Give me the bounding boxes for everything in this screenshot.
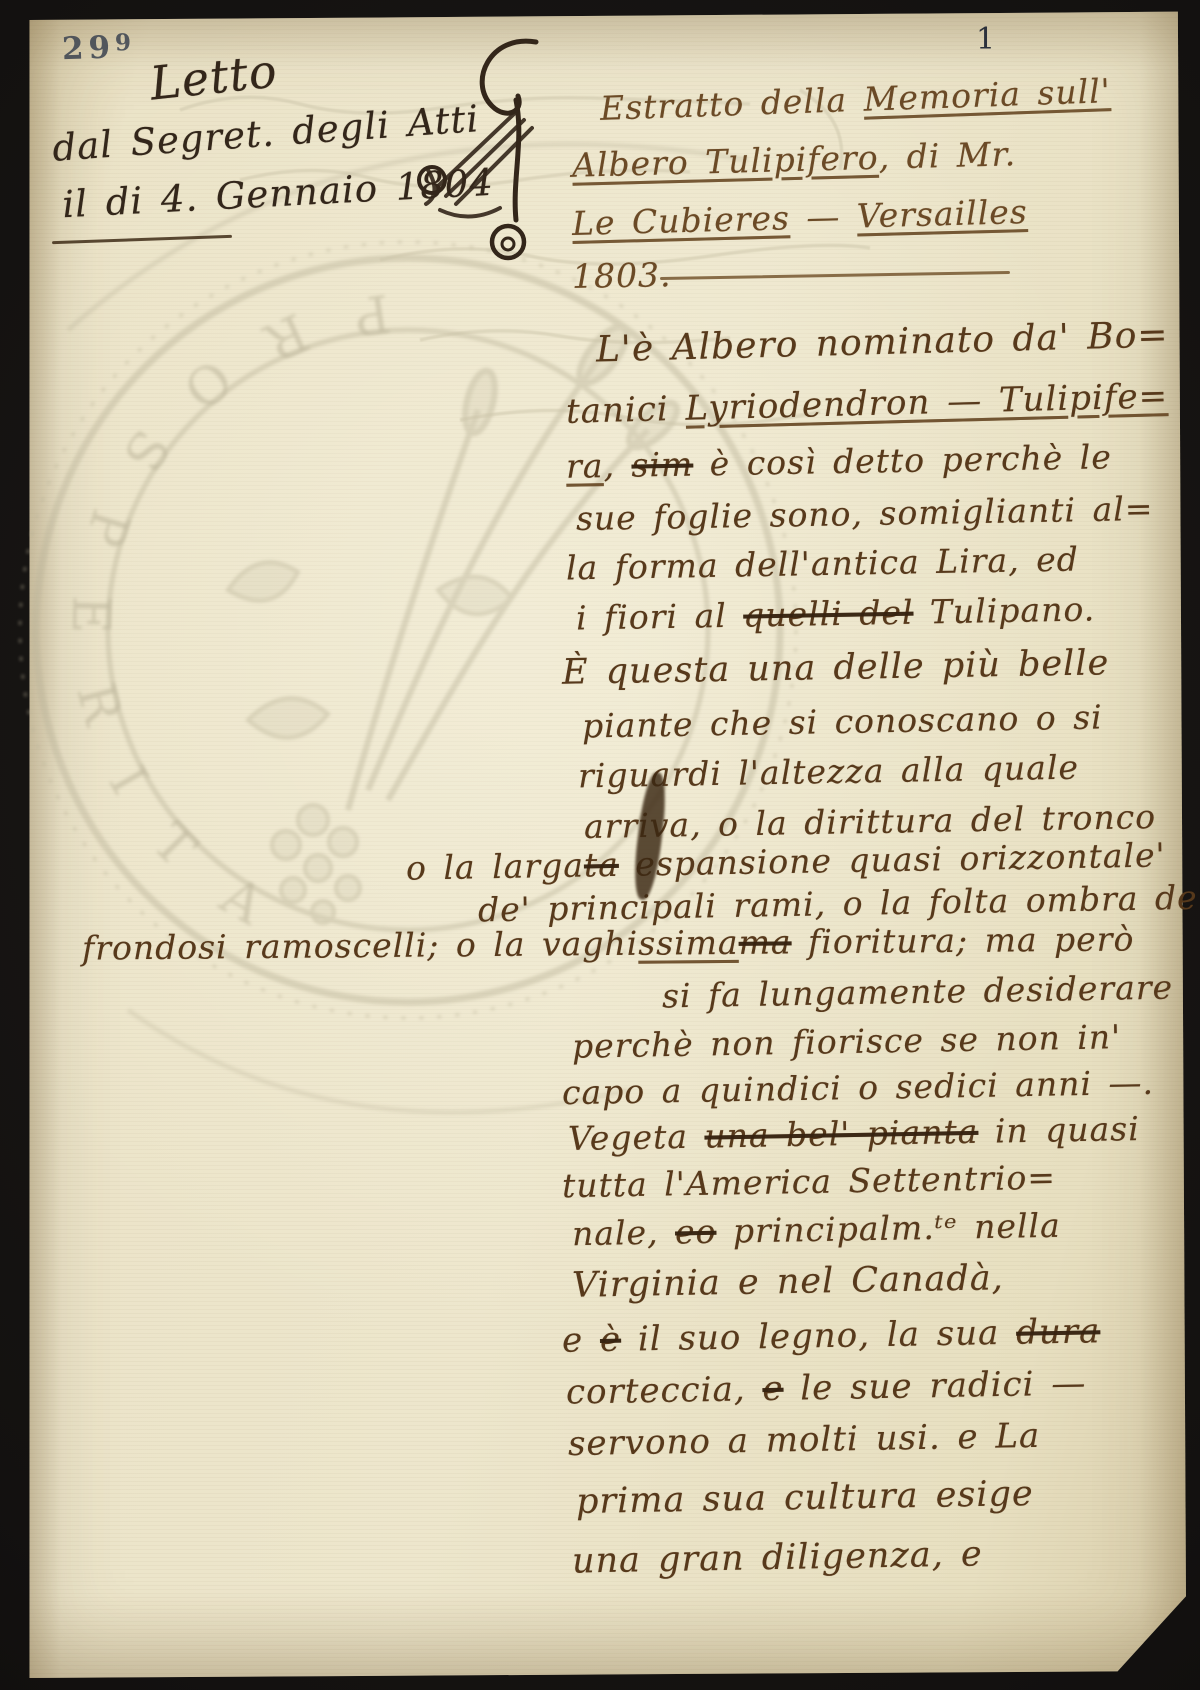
- folio-stamp-sup: 9: [115, 29, 137, 57]
- handwritten-text: Albero Tulipifero: [572, 138, 880, 185]
- handwritten-text: Tulipano.: [913, 589, 1095, 631]
- handwritten-text: nale,: [572, 1212, 676, 1253]
- title-line: 1803.: [572, 255, 672, 296]
- handwritten-text: fioritura; ma però: [791, 919, 1134, 961]
- handwritten-text: prima sua cultura esige: [576, 1474, 1034, 1522]
- handwritten-text: ra: [566, 446, 604, 486]
- handwritten-text: Vegeta: [568, 1117, 705, 1158]
- handwritten-text: è così detto perchè le: [693, 437, 1112, 483]
- handwritten-text: —: [789, 197, 857, 238]
- handwritten-text: Virginia e nel Canadà,: [572, 1258, 1004, 1306]
- handwritten-text: ,: [603, 446, 632, 485]
- folio-stamp: 299: [61, 29, 136, 68]
- handwritten-text: in quasi: [978, 1109, 1140, 1151]
- handwritten-text: corteccia,: [566, 1369, 763, 1412]
- handwritten-text: , di Mr.: [878, 134, 1017, 177]
- handwritten-text: i fiori al: [576, 596, 744, 638]
- handwritten-text: o la larga: [406, 846, 585, 888]
- handwritten-text: Versailles: [856, 192, 1028, 235]
- struck-text: quelli del: [743, 593, 914, 635]
- handwritten-text: 1803.: [572, 255, 672, 296]
- handwritten-text: principalm.ᵗᵉ nella: [716, 1206, 1061, 1251]
- handwritten-text: tanici: [566, 389, 686, 432]
- handwritten-text: le sue radici —: [783, 1363, 1086, 1408]
- struck-text: ta: [584, 845, 620, 885]
- page-number: 1: [976, 22, 997, 57]
- handwritten-text: il suo legno, la sua: [621, 1313, 1017, 1360]
- struck-text: eo: [675, 1212, 717, 1252]
- struck-text: sim: [631, 445, 693, 485]
- body-line: servono a molti usi. e La: [568, 1416, 1041, 1464]
- body-line: Virginia e nel Canadà,: [572, 1258, 1004, 1306]
- body-line: prima sua cultura esige: [576, 1474, 1034, 1522]
- handwritten-text: servono a molti usi. e La: [568, 1416, 1041, 1464]
- handwritten-text: ssima: [638, 923, 739, 963]
- struck-text: è: [600, 1320, 622, 1360]
- struck-text: ma: [738, 922, 791, 961]
- photo-background: P R O S P E R I T A 299 1 Letto dal Segr…: [0, 0, 1200, 1690]
- struck-text: dura: [1016, 1311, 1101, 1352]
- handwritten-text: Le Cubieres: [572, 198, 791, 243]
- folio-stamp-main: 29: [61, 29, 115, 67]
- struck-text: una bel' pianta: [704, 1112, 979, 1156]
- body-line: una gran diligenza, e: [572, 1534, 983, 1581]
- handwritten-text: e: [562, 1320, 601, 1361]
- struck-text: e: [762, 1369, 784, 1409]
- handwritten-text: una gran diligenza, e: [572, 1534, 983, 1581]
- handwritten-text: frondosi ramoscelli; o la vaghi: [82, 924, 639, 968]
